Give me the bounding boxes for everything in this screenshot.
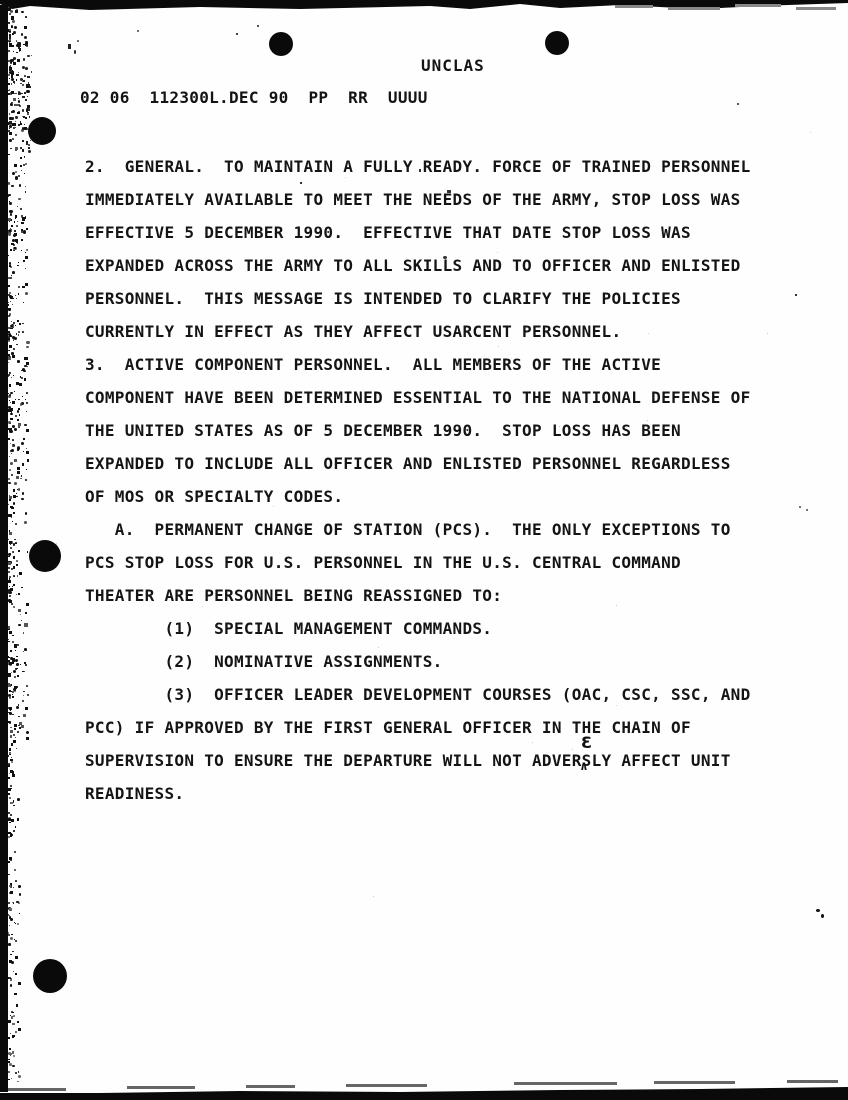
document-line: 2. GENERAL. TO MAINTAIN A FULLY READY. F… — [85, 150, 751, 183]
speckle — [24, 26, 27, 29]
speckle — [15, 134, 17, 136]
speckle — [25, 252, 27, 254]
speckle — [13, 740, 16, 743]
speckle — [25, 268, 27, 270]
speckle — [9, 908, 11, 910]
speckle — [821, 914, 824, 918]
speckle — [14, 221, 15, 222]
document-line: PERSONNEL. THIS MESSAGE IS INTENDED TO C… — [85, 282, 751, 315]
speckle — [18, 331, 20, 333]
speckle — [21, 250, 22, 251]
speckle — [16, 225, 18, 227]
speckle — [26, 249, 28, 251]
speckle — [23, 438, 25, 440]
speckle — [27, 55, 30, 58]
speckle — [23, 451, 24, 452]
speckle — [26, 469, 27, 470]
speckle — [18, 982, 21, 985]
speckle — [26, 346, 29, 349]
speckle — [14, 993, 16, 995]
speckle — [447, 190, 451, 193]
speckle — [11, 225, 13, 227]
speckle — [10, 301, 11, 302]
speckle — [10, 1033, 11, 1034]
speckle — [14, 539, 16, 541]
speckle — [10, 918, 13, 921]
speckle — [8, 255, 9, 256]
speckle — [20, 403, 22, 405]
document-line: OF MOS OR SPECIALTY CODES. — [85, 480, 751, 513]
speckle — [18, 175, 20, 177]
speckle — [15, 10, 18, 13]
speckle — [13, 887, 14, 888]
speckle — [8, 478, 10, 480]
speckle — [8, 154, 10, 156]
speckle — [18, 262, 20, 264]
document-line: EXPANDED ACROSS THE ARMY TO ALL SKILLS A… — [85, 249, 751, 282]
speckle — [8, 1020, 11, 1023]
speckle — [13, 805, 14, 806]
handwritten-insert-e: Ɛ — [581, 733, 592, 752]
speckle — [14, 428, 17, 431]
speckle — [9, 797, 11, 799]
speckle — [13, 1055, 15, 1057]
speckle — [27, 113, 29, 115]
speckle — [8, 639, 9, 640]
speckle — [12, 586, 13, 587]
hole-punch-dot — [33, 959, 67, 993]
document-line: SUPERVISION TO ENSURE THE DEPARTURE WILL… — [85, 744, 751, 777]
speckle — [10, 814, 12, 816]
speckle — [25, 16, 27, 18]
speckle — [8, 777, 10, 779]
speckle — [16, 52, 18, 54]
speckle — [18, 593, 20, 595]
speckle — [8, 514, 11, 517]
speckle — [13, 322, 15, 324]
speckle — [8, 338, 10, 340]
speckle — [13, 244, 15, 246]
speckle — [10, 954, 11, 955]
speckle — [559, 426, 560, 427]
speckle — [14, 93, 16, 95]
speckle — [24, 75, 26, 77]
speckle — [12, 635, 13, 636]
speckle — [19, 727, 21, 729]
speckle — [22, 323, 24, 325]
speckle — [9, 210, 12, 213]
speckle — [17, 675, 20, 678]
speckle — [15, 880, 17, 882]
speckle — [8, 50, 10, 52]
speckle — [22, 84, 25, 87]
document-line: CURRENTLY IN EFFECT AS THEY AFFECT USARC… — [85, 315, 751, 348]
speckle — [9, 1063, 12, 1066]
speckle — [18, 624, 20, 626]
speckle — [15, 399, 17, 401]
speckle — [13, 606, 15, 608]
speckle — [12, 239, 15, 242]
speckle — [28, 147, 29, 148]
speckle — [9, 36, 12, 39]
speckle — [200, 490, 202, 492]
speckle — [17, 320, 19, 322]
speckle — [238, 372, 239, 373]
speckle — [17, 206, 18, 207]
speckle — [9, 128, 10, 129]
speckle — [10, 10, 13, 13]
speckle — [15, 543, 16, 544]
speckle — [17, 818, 20, 821]
speckle — [19, 383, 22, 386]
speckle — [19, 323, 21, 325]
speckle — [12, 104, 14, 106]
speckle — [498, 346, 499, 347]
speckle — [18, 1075, 21, 1078]
hole-punch-dot — [545, 31, 569, 55]
speckle — [572, 749, 573, 750]
speckle — [26, 411, 27, 412]
speckle — [8, 562, 11, 565]
speckle — [10, 462, 13, 465]
speckle — [8, 90, 9, 91]
document-line: EXPANDED TO INCLUDE ALL OFFICER AND ENLI… — [85, 447, 751, 480]
document-line: 3. ACTIVE COMPONENT PERSONNEL. ALL MEMBE… — [85, 348, 751, 381]
speckle — [27, 76, 29, 78]
speckle — [15, 93, 17, 95]
speckle — [24, 671, 25, 672]
speckle — [8, 660, 10, 662]
speckle — [17, 59, 20, 62]
speckle — [16, 663, 19, 666]
speckle — [13, 489, 16, 492]
speckle — [9, 469, 11, 471]
speckle — [24, 365, 26, 367]
speckle — [13, 348, 15, 350]
speckle — [13, 670, 16, 673]
speckle — [13, 62, 16, 65]
speckle — [18, 488, 20, 490]
speckle — [22, 331, 24, 333]
speckle — [26, 110, 28, 112]
speckle — [24, 92, 27, 95]
speckle — [17, 42, 19, 44]
speckle — [18, 423, 21, 426]
speckle — [14, 233, 17, 236]
speckle — [10, 402, 11, 403]
scan-left-edge — [0, 5, 8, 1092]
speckle — [22, 127, 25, 130]
speckle — [25, 283, 28, 286]
scan-smudge — [8, 1088, 66, 1091]
speckle — [21, 33, 24, 36]
speckle — [68, 44, 71, 49]
speckle — [16, 344, 18, 346]
speckle — [10, 213, 12, 215]
speckle — [15, 659, 18, 662]
document-line: (2) NOMINATIVE ASSIGNMENTS. — [85, 645, 751, 678]
speckle — [15, 215, 17, 217]
speckle — [8, 1071, 10, 1073]
speckle — [10, 891, 13, 894]
speckle — [12, 662, 14, 664]
speckle — [15, 737, 16, 738]
speckle — [19, 105, 21, 107]
scan-smudge — [615, 5, 653, 8]
speckle — [15, 295, 16, 296]
speckle — [18, 100, 21, 103]
speckle — [9, 885, 11, 887]
speckle — [19, 184, 22, 187]
speckle — [18, 334, 19, 335]
speckle — [8, 83, 10, 85]
speckle — [9, 113, 10, 114]
speckle — [8, 1037, 9, 1038]
hole-punch-dot — [28, 117, 56, 145]
speckle — [15, 973, 17, 975]
speckle — [12, 696, 14, 698]
speckle — [26, 448, 27, 449]
speckle — [11, 78, 14, 81]
speckle — [22, 109, 25, 112]
speckle — [17, 686, 19, 688]
speckle — [8, 315, 10, 317]
speckle — [21, 222, 23, 224]
speckle — [767, 333, 768, 334]
speckle — [26, 362, 29, 365]
speckle — [236, 33, 238, 35]
speckle — [16, 496, 18, 498]
speckle — [19, 414, 21, 416]
speckle — [29, 86, 31, 88]
speckle — [8, 812, 10, 814]
speckle — [8, 285, 10, 287]
speckle — [10, 735, 12, 737]
speckle — [11, 934, 13, 936]
speckle — [20, 376, 21, 377]
speckle — [14, 164, 17, 167]
speckle — [16, 901, 19, 904]
speckle — [16, 748, 17, 749]
speckle — [9, 925, 10, 926]
document-line: EFFECTIVE 5 DECEMBER 1990. EFFECTIVE THA… — [85, 216, 751, 249]
speckle — [9, 499, 11, 501]
speckle — [14, 869, 17, 872]
speckle — [25, 292, 28, 295]
speckle — [22, 700, 24, 702]
speckle — [22, 286, 24, 288]
speckle — [8, 294, 10, 296]
speckle — [25, 191, 27, 193]
speckle — [20, 165, 22, 167]
speckle — [10, 710, 11, 711]
speckle — [13, 250, 15, 252]
speckle — [8, 376, 9, 377]
speckle — [18, 91, 20, 93]
speckle — [373, 896, 374, 897]
speckle — [8, 93, 10, 95]
speckle — [20, 208, 22, 210]
speckle — [18, 1028, 21, 1031]
handwritten-caret-icon: ∧ — [580, 759, 588, 774]
speckle — [9, 977, 11, 979]
speckle — [18, 72, 19, 73]
speckle — [8, 438, 10, 440]
speckle — [9, 428, 12, 431]
speckle — [21, 475, 23, 477]
speckle — [10, 835, 12, 837]
speckle — [19, 45, 21, 47]
speckle — [12, 439, 14, 441]
speckle — [26, 392, 28, 394]
speckle — [10, 148, 12, 150]
scan-smudge — [654, 1081, 735, 1084]
speckle — [15, 127, 16, 128]
speckle — [21, 239, 23, 241]
speckle — [12, 1051, 14, 1053]
speckle — [26, 44, 29, 47]
scanned-document-page: UNCLAS 02 06 112300L.DEC 90 PP RR UUUU 2… — [0, 0, 848, 1100]
speckle — [18, 426, 20, 428]
speckle — [9, 748, 12, 751]
speckle — [13, 800, 14, 801]
speckle — [16, 79, 18, 81]
speckle — [9, 384, 11, 386]
speckle — [8, 362, 9, 363]
speckle — [25, 256, 28, 259]
speckle — [257, 25, 259, 27]
document-body: 2. GENERAL. TO MAINTAIN A FULLY READY. F… — [85, 150, 751, 810]
speckle — [10, 730, 13, 733]
speckle — [23, 80, 25, 82]
speckle — [9, 696, 12, 699]
speckle — [25, 99, 27, 101]
speckle — [12, 641, 14, 643]
speckle — [10, 727, 11, 728]
speckle — [21, 587, 23, 589]
scan-smudge — [668, 7, 720, 10]
speckle — [10, 543, 11, 544]
scan-smudge — [735, 4, 781, 7]
speckle — [24, 156, 25, 157]
speckle — [31, 55, 32, 56]
speckle — [17, 360, 20, 363]
speckle — [11, 16, 14, 19]
speckle — [11, 111, 13, 113]
speckle — [8, 409, 11, 412]
speckle — [21, 11, 24, 14]
speckle — [9, 31, 11, 33]
speckle — [25, 163, 27, 165]
speckle — [20, 78, 23, 81]
speckle — [25, 186, 26, 187]
speckle — [25, 117, 27, 119]
document-line: THEATER ARE PERSONNEL BEING REASSIGNED T… — [85, 579, 751, 612]
speckle — [11, 819, 14, 822]
speckle — [8, 874, 9, 875]
speckle — [26, 685, 28, 687]
speckle — [25, 512, 28, 515]
speckle — [10, 650, 12, 652]
speckle — [647, 420, 648, 421]
speckle — [23, 632, 24, 633]
speckle — [19, 51, 20, 52]
speckle — [11, 449, 14, 452]
speckle — [8, 861, 10, 863]
speckle — [9, 934, 10, 935]
speckle — [816, 909, 820, 912]
speckle — [9, 580, 10, 581]
speckle — [20, 478, 22, 480]
speckle — [17, 1081, 19, 1083]
speckle — [18, 902, 20, 904]
speckle — [18, 98, 19, 99]
speckle — [28, 144, 30, 146]
speckle — [18, 550, 20, 552]
speckle — [8, 765, 10, 767]
speckle — [9, 892, 11, 894]
speckle — [9, 400, 10, 401]
speckle — [14, 26, 17, 29]
speckle — [10, 588, 13, 591]
speckle — [8, 354, 10, 356]
speckle — [10, 984, 12, 986]
speckle — [616, 605, 617, 606]
document-line: IMMEDIATELY AVAILABLE TO MEET THE NEEDS … — [85, 183, 751, 216]
speckle — [27, 96, 28, 97]
speckle — [10, 61, 12, 63]
speckle — [23, 230, 26, 233]
speckle — [10, 418, 13, 421]
speckle — [29, 116, 31, 118]
speckle — [8, 571, 10, 573]
speckle — [17, 265, 19, 267]
document-line: PCS STOP LOSS FOR U.S. PERSONNEL IN THE … — [85, 546, 751, 579]
document-line: A. PERMANENT CHANGE OF STATION (PCS). TH… — [85, 513, 751, 546]
speckle — [8, 74, 9, 75]
scan-smudge — [246, 1085, 295, 1088]
speckle — [9, 265, 11, 267]
speckle — [9, 586, 10, 587]
speckle — [18, 124, 20, 126]
speckle — [15, 668, 17, 670]
speckle — [31, 71, 33, 73]
speckle — [9, 662, 12, 665]
speckle — [26, 451, 29, 454]
document-line: PCC) IF APPROVED BY THE FIRST GENERAL OF… — [85, 711, 751, 744]
speckle — [16, 74, 18, 76]
speckle — [24, 36, 27, 39]
speckle — [8, 641, 9, 642]
speckle — [497, 252, 498, 253]
speckle — [17, 221, 18, 222]
speckle — [9, 595, 11, 597]
speckle — [17, 112, 19, 114]
speckle — [13, 575, 15, 577]
speckle — [12, 694, 13, 695]
speckle — [16, 298, 17, 299]
speckle — [24, 521, 26, 523]
speckle — [15, 940, 17, 942]
speckle — [16, 493, 17, 494]
speckle — [14, 482, 17, 485]
speckle — [202, 606, 203, 607]
speckle — [9, 221, 10, 222]
speckle — [24, 157, 25, 158]
speckle — [15, 325, 16, 326]
speckle — [21, 170, 22, 171]
speckle — [806, 509, 808, 511]
